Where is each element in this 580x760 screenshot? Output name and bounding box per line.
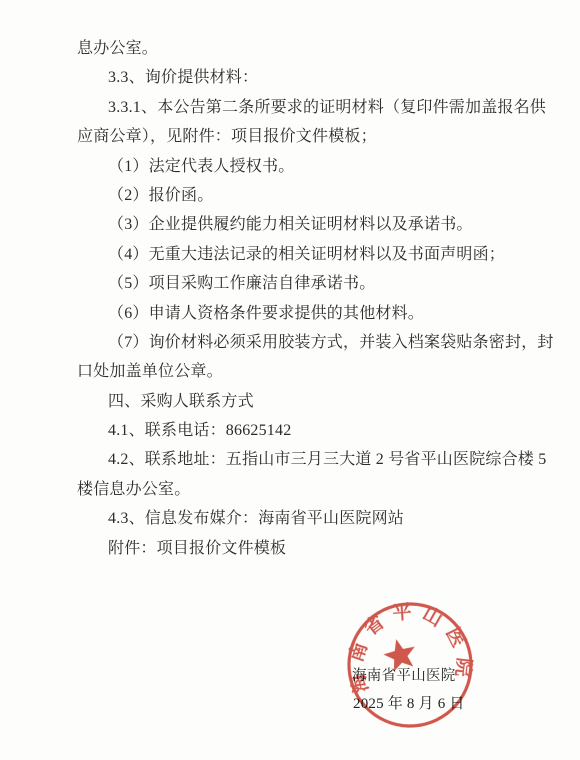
document-line: 口处加盖单位公章。 xyxy=(77,357,523,386)
document-line: 楼信息办公室。 xyxy=(77,475,523,504)
document-page: 息办公室。 3.3、询价提供材料： 3.3.1、本公告第二条所要求的证明材料（复… xyxy=(0,0,580,760)
document-line: （4）无重大违法记录的相关证明材料以及书面声明函； xyxy=(77,240,523,269)
seal-arc-text: 海南省平山医院 xyxy=(340,597,479,696)
document-line: 3.3、询价提供材料： xyxy=(77,63,523,92)
document-line: （1）法定代表人授权书。 xyxy=(77,152,523,181)
document-line: 4.3、信息发布媒介：海南省平山医院网站 xyxy=(77,504,523,533)
document-line: （3）企业提供履约能力相关证明材料以及承诺书。 xyxy=(77,210,523,239)
official-seal-stamp: 海南省平山医院 xyxy=(340,595,481,736)
document-line: （7）询价材料必须采用胶装方式，并装入档案袋贴条密封，封 xyxy=(77,328,523,357)
document-line: 附件：项目报价文件模板 xyxy=(77,534,523,563)
document-line: 3.3.1、本公告第二条所要求的证明材料（复印件需加盖报名供 xyxy=(77,93,523,122)
document-line: 4.2、联系地址：五指山市三月三大道 2 号省平山医院综合楼 5 xyxy=(77,445,523,474)
document-line: （5）项目采购工作廉洁自律承诺书。 xyxy=(77,269,523,298)
seal-star-icon xyxy=(382,638,416,672)
seal-arc-text-container: 海南省平山医院 xyxy=(340,597,479,696)
document-line: （6）申请人资格条件要求提供的其他材料。 xyxy=(77,299,523,328)
document-line: （2）报价函。 xyxy=(77,181,523,210)
document-body: 息办公室。 3.3、询价提供材料： 3.3.1、本公告第二条所要求的证明材料（复… xyxy=(77,34,523,563)
document-line: 四、采购人联系方式 xyxy=(77,387,523,416)
document-line: 应商公章），见附件：项目报价文件模板； xyxy=(77,122,523,151)
document-line: 息办公室。 xyxy=(77,34,523,63)
document-line: 4.1、联系电话：86625142 xyxy=(77,416,523,445)
